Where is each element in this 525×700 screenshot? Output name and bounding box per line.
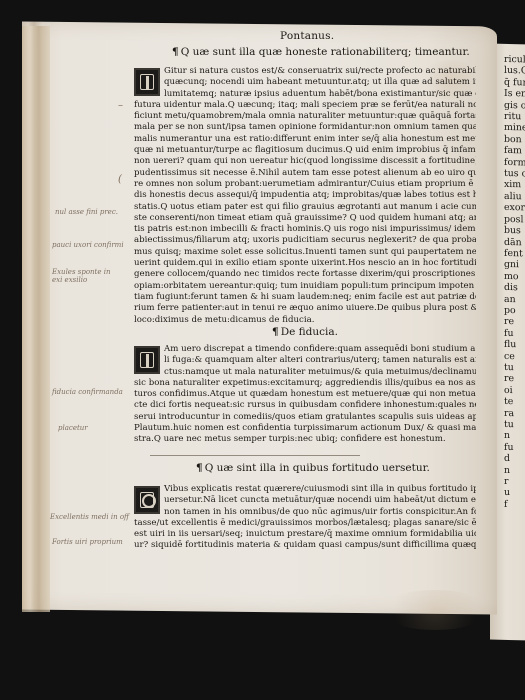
section-heading: ¶Q uæ sint illa in quibus fortitudo uers…	[196, 462, 430, 474]
section-heading: ¶Q uæ sunt illa quæ honeste rationabilit…	[172, 46, 470, 58]
running-head: Pontanus.	[280, 30, 334, 42]
marginal-dash-mark: –	[118, 100, 123, 111]
paragraph: Am uero discrepat a timendo confidere:qu…	[134, 344, 476, 446]
marginal-note: Excellentis medi in off	[50, 513, 129, 521]
paper-stain	[380, 590, 490, 630]
section-heading: ¶De fiducia.	[272, 326, 338, 338]
pilcrow-icon: ¶	[272, 326, 279, 338]
book-photo: ricul lus.C q̄ fun Is en gis o ritu mine…	[0, 0, 525, 700]
facing-page-text: ricul lus.C q̄ fun Is en gis o ritu mine…	[504, 54, 525, 511]
handwritten-underline	[150, 455, 360, 456]
paragraph: Gitur si natura custos est/& conseruatri…	[134, 66, 476, 326]
marginal-note: Exules sponte in exi exsilio	[52, 268, 122, 284]
page-gutter-edge	[22, 26, 50, 612]
marginal-bracket-mark: (	[118, 174, 122, 185]
pilcrow-icon: ¶	[172, 46, 179, 58]
marginal-note: nul asse fini prec.	[55, 208, 118, 216]
marginal-note: Fortis uiri proprium	[52, 538, 123, 546]
marginal-note: fiducia confirmanda	[52, 388, 123, 396]
marginal-note: pauci uxori confirmi	[52, 241, 124, 249]
marginal-note: placetur	[58, 424, 88, 432]
paragraph: Vibus explicatis restat quærere/cuiusmod…	[134, 484, 476, 552]
pilcrow-icon: ¶	[196, 462, 203, 474]
